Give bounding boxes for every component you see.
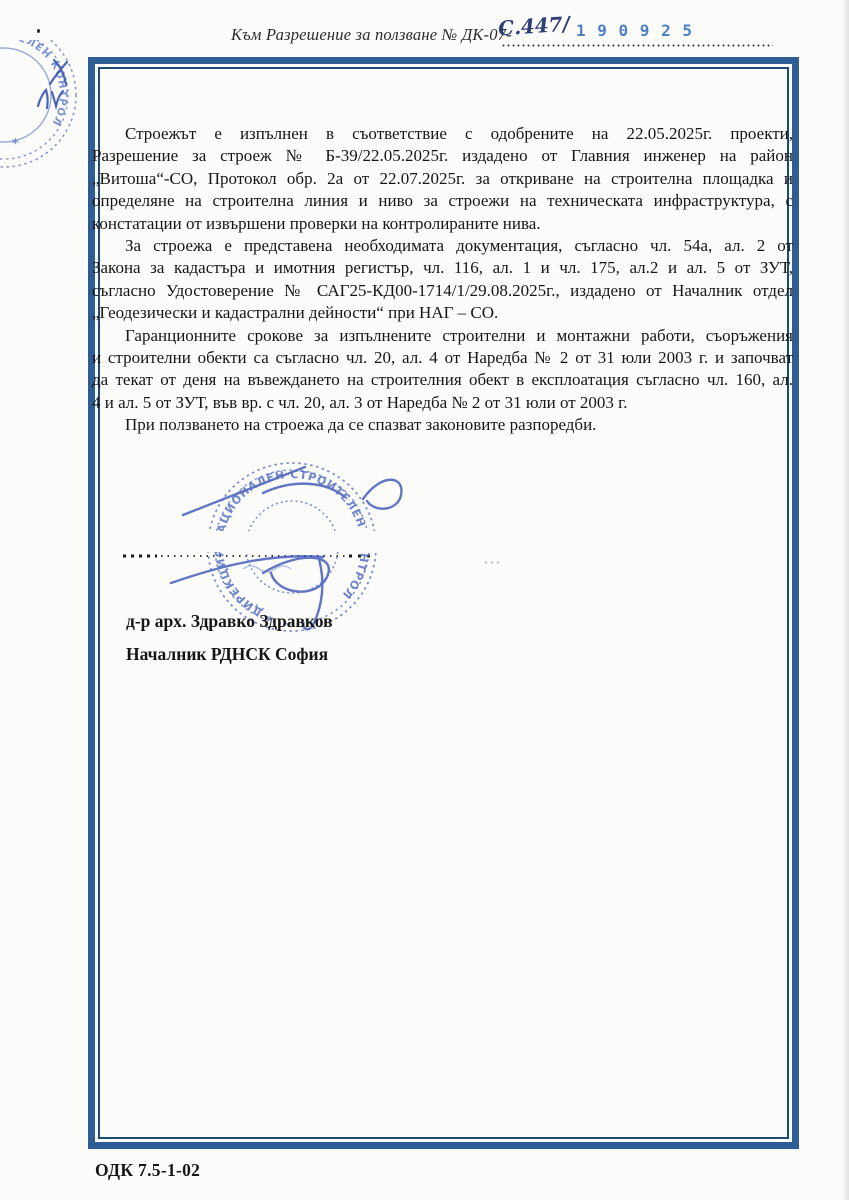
body-line: и строителни обекти са съгласно чл. 20, … <box>92 347 793 369</box>
body-line: да текат от деня на въвеждането на строи… <box>92 369 793 391</box>
ink-dot <box>37 29 40 33</box>
official-round-stamp-icon: * ДИРЕКЦИЯ НАЦИОНАЛЕН СТРОИТЕЛЕН КОНТРОЛ <box>113 453 457 671</box>
scanned-document-page: Към Разрешение за ползване № ДК-07- С.44… <box>0 0 849 1200</box>
body-line: съгласно Удостоверение № САГ25-КД00-1714… <box>92 280 793 302</box>
corner-stamp-star: * <box>12 137 19 152</box>
body-line: 4 и ал. 5 от ЗУТ, във вр. с чл. 20, ал. … <box>92 392 793 414</box>
body-line: За строежа е представена необходимата до… <box>92 235 793 257</box>
header-dotted-line <box>501 44 773 47</box>
body-line: Гаранционните срокове за изпълнените стр… <box>92 325 793 347</box>
signature-scribble <box>171 467 401 629</box>
signatory-name: д-р арх. Здравко Здравков <box>126 611 333 632</box>
body-line: Строежът е изпълнен в съответствие с одо… <box>92 123 793 145</box>
form-code: ОДК 7.5-1-02 <box>95 1160 200 1181</box>
svg-text:* ДИРЕКЦИЯ НАЦИОНАЛЕН СТРОИ: * ДИРЕКЦИЯ НАЦИОНАЛЕН СТРОИТЕЛЕН КОНТРОЛ <box>213 468 371 623</box>
body-line: Закона за кадастъра и имотния регистър, … <box>92 257 793 279</box>
body-line: констатации от извършени проверки на кон… <box>92 213 793 235</box>
body-line: определяне на строителна линия и ниво за… <box>92 190 793 212</box>
svg-text:ТЕЛЕН КОНТРОЛ: ТЕЛЕН КОНТРОЛ <box>10 40 68 128</box>
date-stamp-number: 1 9 0 9 2 5 <box>576 21 693 40</box>
body-line: Разрешение за строеж № Б-39/22.05.2025г.… <box>92 145 793 167</box>
scan-edge-shadow <box>842 0 849 1200</box>
body-line: „Витоша“-СО, Протокол обр. 2а от 22.07.2… <box>92 168 793 190</box>
header-reference-label: Към Разрешение за ползване № ДК-07- <box>231 25 512 45</box>
body-line: При ползването на строежа да се спазват … <box>92 414 793 436</box>
signatory-title: Началник РДНСК София <box>126 644 328 665</box>
handwritten-case-number: С.447/ <box>497 12 570 41</box>
body-line: „Геодезически и кадастрални дейности“ пр… <box>92 302 793 324</box>
body-text: Строежът е изпълнен в съответствие с одо… <box>92 123 793 436</box>
